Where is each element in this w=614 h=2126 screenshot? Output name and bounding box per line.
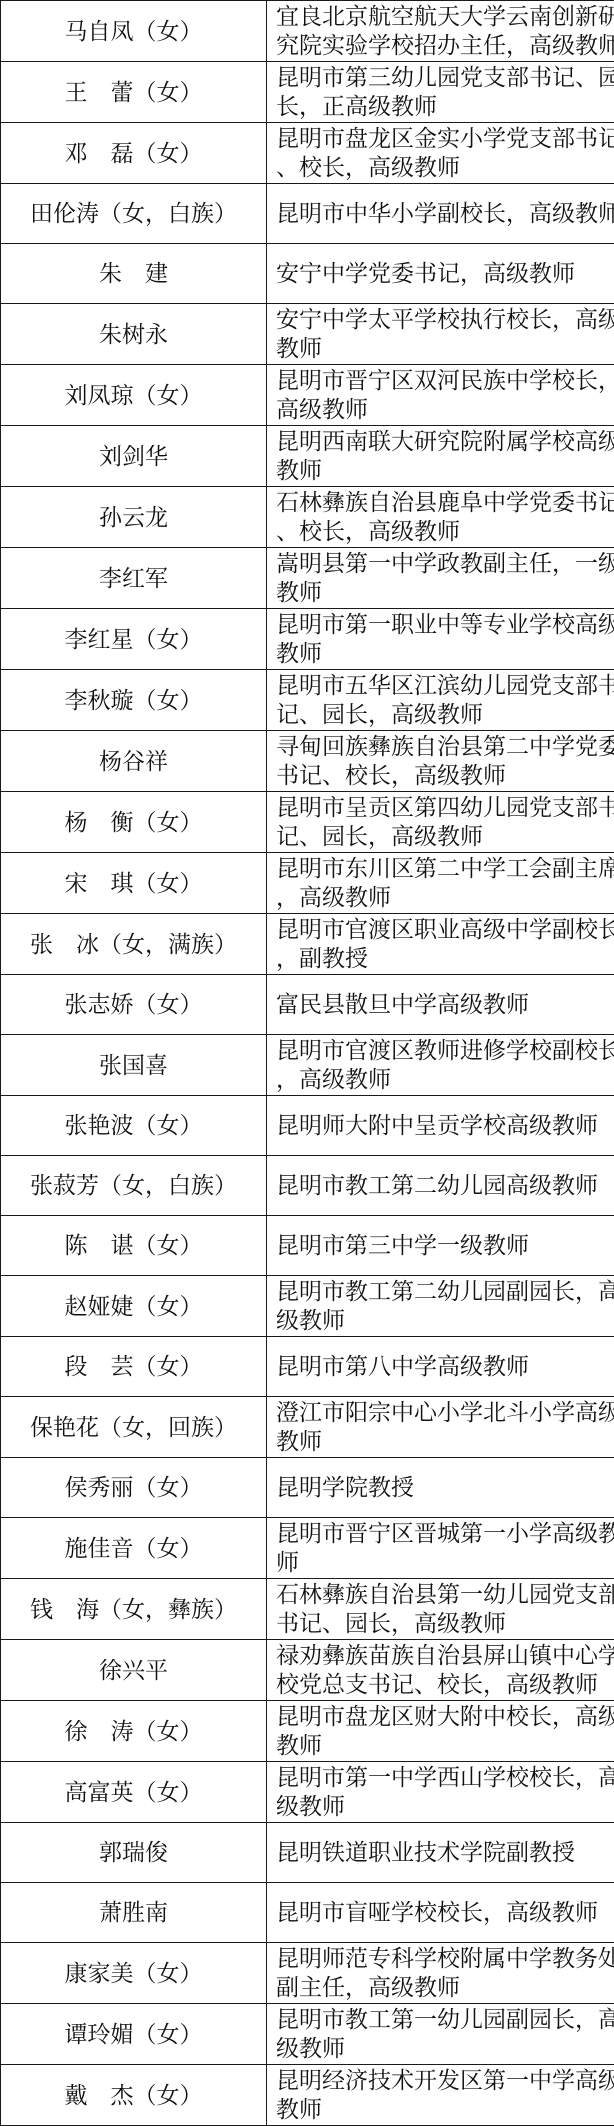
table-row: 萧胜南 昆明市盲哑学校校长，高级教师 xyxy=(1,1883,614,1943)
table-row: 田伦涛（女，白族） 昆明市中华小学副校长，高级教师 xyxy=(1,184,614,244)
position-cell: 昆明师大附中呈贡学校高级教师 xyxy=(267,1096,614,1156)
table-row: 徐兴平 禄劝彝族苗族自治县屏山镇中心学校党总支书记、校长，高级教师 xyxy=(1,1640,614,1701)
name-cell: 张菽芳（女，白族） xyxy=(1,1156,267,1216)
table-row: 孙云龙 石林彝族自治县鹿阜中学党委书记、校长，高级教师 xyxy=(1,487,614,548)
position-cell: 昆明市官渡区教师进修学校副校长，高级教师 xyxy=(267,1035,614,1096)
table-row: 康家美（女） 昆明师范专科学校附属中学教务处副主任，高级教师 xyxy=(1,1943,614,2004)
table-row: 张志娇（女） 富民县散旦中学高级教师 xyxy=(1,975,614,1035)
name-cell: 张艳波（女） xyxy=(1,1096,267,1156)
name-cell: 徐 涛（女） xyxy=(1,1701,267,1762)
name-cell: 张 冰（女，满族） xyxy=(1,914,267,975)
name-cell: 李红星（女） xyxy=(1,609,267,670)
position-cell: 澄江市阳宗中心小学北斗小学高级教师 xyxy=(267,1397,614,1458)
name-cell: 马自凤（女） xyxy=(1,1,267,62)
position-cell: 禄劝彝族苗族自治县屏山镇中心学校党总支书记、校长，高级教师 xyxy=(267,1640,614,1701)
position-cell: 昆明市中华小学副校长，高级教师 xyxy=(267,184,614,244)
table-row: 保艳花（女，回族） 澄江市阳宗中心小学北斗小学高级教师 xyxy=(1,1397,614,1458)
table-row: 施佳音（女） 昆明市晋宁区晋城第一小学高级教师 xyxy=(1,1518,614,1579)
name-cell: 宋 琪（女） xyxy=(1,853,267,914)
table-row: 邓 磊（女） 昆明市盘龙区金实小学党支部书记、校长，高级教师 xyxy=(1,123,614,184)
name-cell: 谭玲媚（女） xyxy=(1,2004,267,2065)
position-cell: 昆明市五华区江滨幼儿园党支部书记、园长，高级教师 xyxy=(267,670,614,731)
table-row: 马自凤（女） 宜良北京航空航天大学云南创新研究院实验学校招办主任，高级教师 xyxy=(1,1,614,62)
position-cell: 昆明市第一中学西山学校校长，高级教师 xyxy=(267,1762,614,1823)
table-row: 张国喜 昆明市官渡区教师进修学校副校长，高级教师 xyxy=(1,1035,614,1096)
name-cell: 施佳音（女） xyxy=(1,1518,267,1579)
table-row: 刘凤琼（女） 昆明市晋宁区双河民族中学校长，高级教师 xyxy=(1,365,614,426)
table-row: 朱树永 安宁中学太平学校执行校长，高级教师 xyxy=(1,304,614,365)
position-cell: 昆明铁道职业技术学院副教授 xyxy=(267,1823,614,1883)
table-row: 王 蕾（女） 昆明市第三幼儿园党支部书记、园长，正高级教师 xyxy=(1,62,614,123)
position-cell: 石林彝族自治县第一幼儿园党支部书记、园长，高级教师 xyxy=(267,1579,614,1640)
position-cell: 昆明市晋宁区晋城第一小学高级教师 xyxy=(267,1518,614,1579)
name-cell: 保艳花（女，回族） xyxy=(1,1397,267,1458)
position-cell: 昆明市教工第二幼儿园高级教师 xyxy=(267,1156,614,1216)
name-cell: 侯秀丽（女） xyxy=(1,1458,267,1518)
position-cell: 昆明市晋宁区双河民族中学校长，高级教师 xyxy=(267,365,614,426)
name-cell: 王 蕾（女） xyxy=(1,62,267,123)
position-cell: 宜良北京航空航天大学云南创新研究院实验学校招办主任，高级教师 xyxy=(267,1,614,62)
table-row: 戴 杰（女） 昆明经济技术开发区第一中学高级教师 xyxy=(1,2065,614,2126)
table-row: 徐 涛（女） 昆明市盘龙区财大附中校长，高级教师 xyxy=(1,1701,614,1762)
position-cell: 昆明学院教授 xyxy=(267,1458,614,1518)
table-row: 李红军 嵩明县第一中学政教副主任，一级教师 xyxy=(1,548,614,609)
table-row: 宋 琪（女） 昆明市东川区第二中学工会副主席，高级教师 xyxy=(1,853,614,914)
position-cell: 昆明经济技术开发区第一中学高级教师 xyxy=(267,2065,614,2126)
table-row: 刘剑华 昆明西南联大研究院附属学校高级教师 xyxy=(1,426,614,487)
name-cell: 杨谷祥 xyxy=(1,731,267,792)
position-cell: 昆明师范专科学校附属中学教务处副主任，高级教师 xyxy=(267,1943,614,2004)
name-cell: 段 芸（女） xyxy=(1,1337,267,1397)
table-row: 陈 谌（女） 昆明市第三中学一级教师 xyxy=(1,1216,614,1276)
name-cell: 杨 衡（女） xyxy=(1,792,267,853)
name-cell: 李秋璇（女） xyxy=(1,670,267,731)
position-cell: 昆明市第三中学一级教师 xyxy=(267,1216,614,1276)
name-cell: 郭瑞俊 xyxy=(1,1823,267,1883)
position-cell: 昆明市第八中学高级教师 xyxy=(267,1337,614,1397)
table-row: 赵娅婕（女） 昆明市教工第二幼儿园副园长，高级教师 xyxy=(1,1276,614,1337)
position-cell: 昆明市东川区第二中学工会副主席，高级教师 xyxy=(267,853,614,914)
position-cell: 安宁中学太平学校执行校长，高级教师 xyxy=(267,304,614,365)
name-cell: 赵娅婕（女） xyxy=(1,1276,267,1337)
name-cell: 李红军 xyxy=(1,548,267,609)
name-cell: 刘凤琼（女） xyxy=(1,365,267,426)
name-cell: 刘剑华 xyxy=(1,426,267,487)
position-cell: 嵩明县第一中学政教副主任，一级教师 xyxy=(267,548,614,609)
name-cell: 孙云龙 xyxy=(1,487,267,548)
roster-table-body: 马自凤（女） 宜良北京航空航天大学云南创新研究院实验学校招办主任，高级教师 王 … xyxy=(1,1,614,2126)
name-cell: 高富英（女） xyxy=(1,1762,267,1823)
table-row: 李秋璇（女） 昆明市五华区江滨幼儿园党支部书记、园长，高级教师 xyxy=(1,670,614,731)
position-cell: 昆明市官渡区职业高级中学副校长，副教授 xyxy=(267,914,614,975)
position-cell: 昆明市第三幼儿园党支部书记、园长，正高级教师 xyxy=(267,62,614,123)
position-cell: 昆明市盲哑学校校长，高级教师 xyxy=(267,1883,614,1943)
position-cell: 昆明市教工第一幼儿园副园长，高级教师 xyxy=(267,2004,614,2065)
position-cell: 富民县散旦中学高级教师 xyxy=(267,975,614,1035)
name-cell: 朱 建 xyxy=(1,244,267,304)
name-cell: 钱 海（女，彝族） xyxy=(1,1579,267,1640)
table-row: 谭玲媚（女） 昆明市教工第一幼儿园副园长，高级教师 xyxy=(1,2004,614,2065)
roster-table: 马自凤（女） 宜良北京航空航天大学云南创新研究院实验学校招办主任，高级教师 王 … xyxy=(0,0,614,2126)
name-cell: 康家美（女） xyxy=(1,1943,267,2004)
position-cell: 安宁中学党委书记，高级教师 xyxy=(267,244,614,304)
name-cell: 戴 杰（女） xyxy=(1,2065,267,2126)
table-row: 郭瑞俊 昆明铁道职业技术学院副教授 xyxy=(1,1823,614,1883)
table-row: 朱 建 安宁中学党委书记，高级教师 xyxy=(1,244,614,304)
name-cell: 田伦涛（女，白族） xyxy=(1,184,267,244)
name-cell: 陈 谌（女） xyxy=(1,1216,267,1276)
position-cell: 昆明市盘龙区财大附中校长，高级教师 xyxy=(267,1701,614,1762)
table-row: 杨谷祥 寻甸回族彝族自治县第二中学党委书记、校长，高级教师 xyxy=(1,731,614,792)
table-row: 张菽芳（女，白族） 昆明市教工第二幼儿园高级教师 xyxy=(1,1156,614,1216)
position-cell: 石林彝族自治县鹿阜中学党委书记、校长，高级教师 xyxy=(267,487,614,548)
position-cell: 昆明市呈贡区第四幼儿园党支部书记、园长，高级教师 xyxy=(267,792,614,853)
table-row: 侯秀丽（女） 昆明学院教授 xyxy=(1,1458,614,1518)
name-cell: 徐兴平 xyxy=(1,1640,267,1701)
table-row: 杨 衡（女） 昆明市呈贡区第四幼儿园党支部书记、园长，高级教师 xyxy=(1,792,614,853)
table-row: 李红星（女） 昆明市第一职业中等专业学校高级教师 xyxy=(1,609,614,670)
table-row: 张 冰（女，满族） 昆明市官渡区职业高级中学副校长，副教授 xyxy=(1,914,614,975)
table-row: 钱 海（女，彝族） 石林彝族自治县第一幼儿园党支部书记、园长，高级教师 xyxy=(1,1579,614,1640)
table-row: 段 芸（女） 昆明市第八中学高级教师 xyxy=(1,1337,614,1397)
name-cell: 萧胜南 xyxy=(1,1883,267,1943)
position-cell: 昆明市盘龙区金实小学党支部书记、校长，高级教师 xyxy=(267,123,614,184)
table-row: 高富英（女） 昆明市第一中学西山学校校长，高级教师 xyxy=(1,1762,614,1823)
position-cell: 昆明市第一职业中等专业学校高级教师 xyxy=(267,609,614,670)
name-cell: 张志娇（女） xyxy=(1,975,267,1035)
name-cell: 邓 磊（女） xyxy=(1,123,267,184)
position-cell: 寻甸回族彝族自治县第二中学党委书记、校长，高级教师 xyxy=(267,731,614,792)
name-cell: 朱树永 xyxy=(1,304,267,365)
name-cell: 张国喜 xyxy=(1,1035,267,1096)
position-cell: 昆明市教工第二幼儿园副园长，高级教师 xyxy=(267,1276,614,1337)
table-row: 张艳波（女） 昆明师大附中呈贡学校高级教师 xyxy=(1,1096,614,1156)
position-cell: 昆明西南联大研究院附属学校高级教师 xyxy=(267,426,614,487)
